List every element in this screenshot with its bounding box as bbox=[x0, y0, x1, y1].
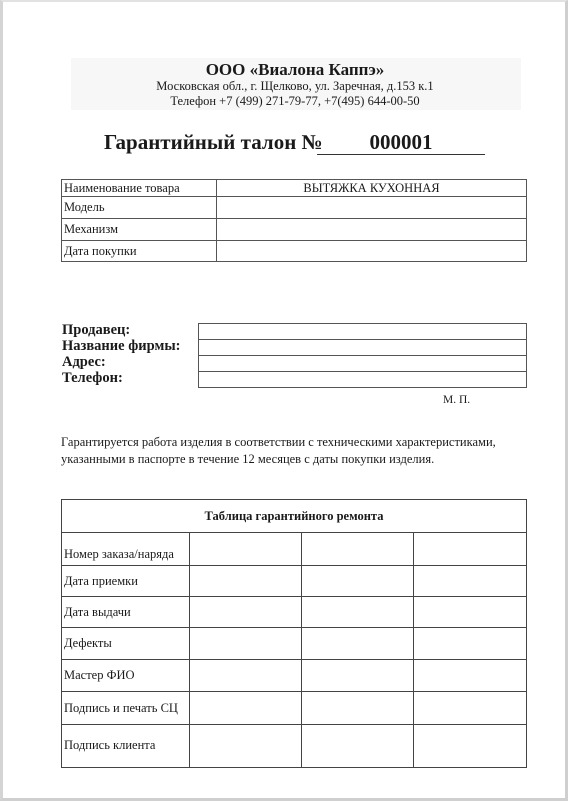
repair-table-title: Таблица гарантийного ремонта bbox=[62, 500, 527, 533]
table-cell bbox=[414, 725, 527, 768]
table-cell bbox=[190, 692, 302, 725]
table-row bbox=[199, 372, 527, 388]
mechanism-label: Механизм bbox=[62, 219, 217, 241]
stamp-label: М. П. bbox=[443, 394, 470, 406]
table-cell bbox=[302, 566, 414, 597]
table-row: Дефекты bbox=[62, 628, 527, 660]
mechanism-value bbox=[217, 219, 527, 241]
document-page: ООО «Виалона Каппэ» Московская обл., г. … bbox=[0, 0, 568, 801]
table-cell bbox=[190, 660, 302, 692]
model-value bbox=[217, 197, 527, 219]
row-label: Дефекты bbox=[62, 628, 190, 660]
table-cell bbox=[190, 725, 302, 768]
row-label: Мастер ФИО bbox=[62, 660, 190, 692]
table-row: Дата приемки bbox=[62, 566, 527, 597]
table-row: Мастер ФИО bbox=[62, 660, 527, 692]
address-label: Адрес: bbox=[62, 354, 180, 370]
table-row: Дата выдачи bbox=[62, 597, 527, 628]
seller-labels: Продавец: Название фирмы: Адрес: Телефон… bbox=[62, 322, 180, 386]
table-row: Подпись клиента bbox=[62, 725, 527, 768]
table-row bbox=[199, 340, 527, 356]
table-row: Дата покупки bbox=[62, 241, 527, 262]
seller-table bbox=[198, 323, 527, 388]
row-label: Дата выдачи bbox=[62, 597, 190, 628]
purchase-date-label: Дата покупки bbox=[62, 241, 217, 262]
warranty-text-line: Гарантируется работа изделия в соответст… bbox=[61, 434, 541, 451]
document-title: Гарантийный талон № bbox=[104, 130, 323, 155]
address-value bbox=[199, 356, 527, 372]
product-name-value: ВЫТЯЖКА КУХОННАЯ bbox=[217, 180, 527, 197]
warranty-number: 000001 bbox=[317, 130, 485, 155]
table-cell bbox=[302, 692, 414, 725]
table-cell bbox=[302, 597, 414, 628]
phone-value bbox=[199, 372, 527, 388]
table-row: Номер заказа/наряда bbox=[62, 533, 527, 566]
seller-value bbox=[199, 324, 527, 340]
product-table: Наименование товара ВЫТЯЖКА КУХОННАЯ Мод… bbox=[61, 179, 527, 262]
row-label: Подпись клиента bbox=[62, 725, 190, 768]
table-row: Наименование товара ВЫТЯЖКА КУХОННАЯ bbox=[62, 180, 527, 197]
table-row bbox=[199, 324, 527, 340]
model-label: Модель bbox=[62, 197, 217, 219]
warranty-text: Гарантируется работа изделия в соответст… bbox=[61, 434, 541, 468]
table-cell bbox=[302, 725, 414, 768]
table-cell bbox=[414, 692, 527, 725]
company-name: ООО «Виалона Каппэ» bbox=[3, 60, 570, 80]
table-row bbox=[199, 356, 527, 372]
seller-label: Продавец: bbox=[62, 322, 180, 338]
table-row: Подпись и печать СЦ bbox=[62, 692, 527, 725]
table-cell bbox=[302, 628, 414, 660]
table-cell bbox=[414, 533, 527, 566]
table-cell bbox=[190, 533, 302, 566]
row-label: Номер заказа/наряда bbox=[62, 533, 190, 566]
table-cell bbox=[414, 566, 527, 597]
table-cell bbox=[190, 597, 302, 628]
repair-table: Таблица гарантийного ремонта Номер заказ… bbox=[61, 499, 527, 768]
table-cell bbox=[414, 660, 527, 692]
table-row: Модель bbox=[62, 197, 527, 219]
row-label: Дата приемки bbox=[62, 566, 190, 597]
table-cell bbox=[302, 533, 414, 566]
company-address: Московская обл., г. Щелково, ул. Заречна… bbox=[3, 79, 570, 94]
table-row: Механизм bbox=[62, 219, 527, 241]
purchase-date-value bbox=[217, 241, 527, 262]
firm-name-value bbox=[199, 340, 527, 356]
row-label: Подпись и печать СЦ bbox=[62, 692, 190, 725]
repair-table-header: Таблица гарантийного ремонта bbox=[62, 500, 527, 533]
phone-label: Телефон: bbox=[62, 370, 180, 386]
company-phone: Телефон +7 (499) 271-79-77, +7(495) 644-… bbox=[3, 94, 570, 109]
table-cell bbox=[190, 566, 302, 597]
firm-name-label: Название фирмы: bbox=[62, 338, 180, 354]
table-cell bbox=[302, 660, 414, 692]
table-cell bbox=[190, 628, 302, 660]
product-name-label: Наименование товара bbox=[62, 180, 217, 197]
table-cell bbox=[414, 628, 527, 660]
table-cell bbox=[414, 597, 527, 628]
warranty-text-line: указанными в паспорте в течение 12 месяц… bbox=[61, 451, 541, 468]
